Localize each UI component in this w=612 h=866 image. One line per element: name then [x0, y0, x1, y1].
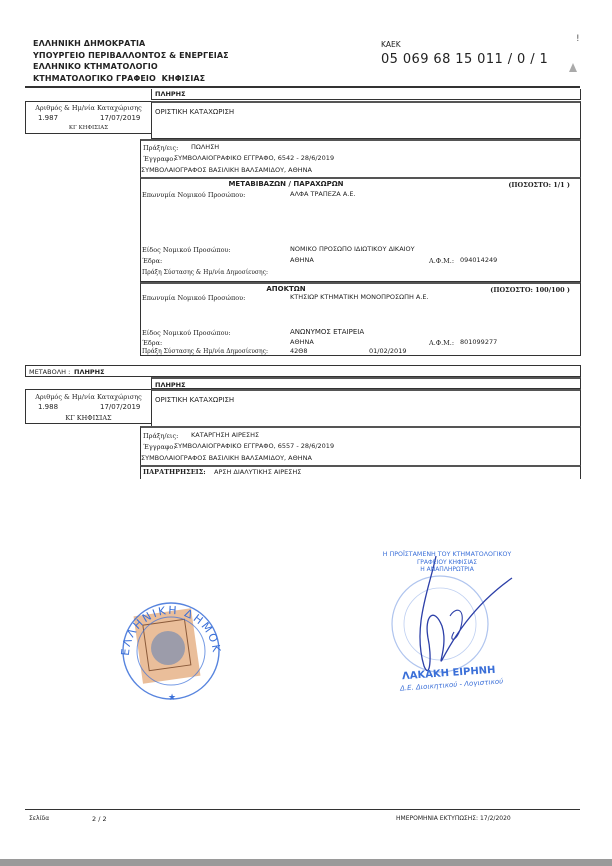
header-line-3: ΕΛΛΗΝΙΚΟ ΚΤΗΜΑΤΟΛΟΓΙΟ [33, 61, 229, 73]
scan-edge-bar [0, 859, 612, 866]
change-label: ΜΕΤΑΒΟΛΗ : [29, 368, 70, 376]
transferor-title: ΜΕΤΑΒΙΒΑΖΩΝ / ΠΑΡΑΧΩΡΩΝ [141, 180, 431, 188]
entry1-status-box: ΠΛΗΡΗΣ [151, 89, 581, 100]
transferor-afm-value: 094014249 [460, 256, 497, 264]
entry1-act-label: Πράξη/εις: [143, 144, 178, 152]
issuer-header: ΕΛΛΗΝΙΚΗ ΔΗΜΟΚΡΑΤΙΑ ΥΠΟΥΡΓΕΙΟ ΠΕΡΙΒΑΛΛΟΝ… [33, 38, 229, 84]
entry1-reg-number: 1.987 [38, 114, 58, 122]
entry2-remarks-box: ΠΑΡΑΤΗΡΗΣΕΙΣ: ΑΡΣΗ ΔΙΑΛΥΤΙΚΗΣ ΑΙΡΕΣΗΣ [140, 465, 581, 479]
entry2-act-value: ΚΑΤΑΡΓΗΣΗ ΑΙΡΕΣΗΣ [191, 431, 259, 439]
entry1-doc-label: Έγγραφο: [143, 155, 175, 163]
entry2-office: ΚΓ ΚΗΦΙΣΙΑΣ [26, 414, 151, 422]
acquirer-founding-date: 01/02/2019 [369, 347, 406, 355]
entry1-act-box: Πράξη/εις: ΠΩΛΗΣΗ Έγγραφο: ΣΥΜΒΟΛΑΙΟΓΡΑΦ… [140, 139, 581, 178]
signature-title-2: ΓΡΑΦΕΙΟΥ ΚΗΦΙΣΙΑΣ [372, 559, 522, 566]
entry1-reg-date: 17/07/2019 [100, 114, 140, 122]
acquirer-box: ΑΠΟΚΤΩΝ (ΠΟΣΟΣΤΟ: 100/100 ) Επωνυμία Νομ… [140, 282, 581, 356]
entry2-act-label: Πράξη/εις: [143, 432, 178, 440]
entry2-reg-number: 1.988 [38, 403, 58, 411]
acquirer-seat-label: Έδρα: [142, 339, 162, 347]
entry1-reg-label: Αριθμός & Ημ/νία Καταχώρισης [26, 104, 151, 112]
official-round-stamp: ΕΛΛΗΝΙΚΗ ΔΗΜΟΚΡΑΤΙΑ ★ [116, 596, 226, 706]
entry1-status: ΠΛΗΡΗΣ [155, 90, 186, 98]
acquirer-title: ΑΠΟΚΤΩΝ [141, 285, 431, 293]
kaek-value: 05 069 68 15 011 / 0 / 1 [381, 52, 548, 67]
entry2-registration-box: Αριθμός & Ημ/νία Καταχώρισης 1.988 17/07… [25, 389, 152, 424]
acquirer-name-value: ΚΤΗΣΙΩΡ ΚΤΗΜΑΤΙΚΗ ΜΟΝΟΠΡΟΣΩΠΗ Α.Ε. [290, 293, 429, 301]
header-line-2: ΥΠΟΥΡΓΕΙΟ ΠΕΡΙΒΑΛΛΟΝΤΟΣ & ΕΝΕΡΓΕΙΑΣ [33, 50, 229, 62]
kaek-label: ΚΑΕΚ [381, 40, 401, 49]
corner-mark: ! [576, 34, 580, 44]
entry2-type: ΟΡΙΣΤΙΚΗ ΚΑΤΑΧΩΡΙΣΗ [155, 396, 234, 404]
acquirer-name-label: Επωνυμία Νομικού Προσώπου: [142, 294, 245, 302]
acquirer-afm-value: 801099277 [460, 338, 497, 346]
entry2-remarks-value: ΑΡΣΗ ΔΙΑΛΥΤΙΚΗΣ ΑΙΡΕΣΗΣ [214, 468, 301, 476]
entry2-doc-label: Έγγραφο: [143, 443, 175, 451]
page-number: 2 / 2 [92, 815, 107, 823]
entry2-doc-value: ΣΥΜΒΟΛΑΙΟΓΡΑΦΙΚΟ ΕΓΓΡΑΦΟ, 6557 - 28/6/20… [174, 442, 334, 450]
entry2-type-box: ΟΡΙΣΤΙΚΗ ΚΑΤΑΧΩΡΙΣΗ [151, 389, 581, 427]
header-line-4: ΚΤΗΜΑΤΟΛΟΓΙΚΟ ΓΡΑΦΕΙΟ ΚΗΦΙΣΙΑΣ [33, 73, 229, 85]
page-label: Σελίδα [29, 815, 49, 822]
entry1-office: ΚΓ ΚΗΦΙΣΙΑΣ [26, 125, 151, 131]
transferor-kind-label: Είδος Νομικού Προσώπου: [142, 246, 231, 254]
entry1-doc-value: ΣΥΜΒΟΛΑΙΟΓΡΑΦΙΚΟ ΕΓΓΡΑΦΟ, 6542 - 28/6/20… [174, 154, 334, 162]
entry2-status-box: ΠΛΗΡΗΣ [151, 377, 581, 389]
header-line-1: ΕΛΛΗΝΙΚΗ ΔΗΜΟΚΡΑΤΙΑ [33, 38, 229, 50]
change-value: ΠΛΗΡΗΣ [74, 368, 105, 376]
entry2-reg-label: Αριθμός & Ημ/νία Καταχώρισης [26, 393, 151, 401]
acquirer-kind-label: Είδος Νομικού Προσώπου: [142, 329, 231, 337]
signature-title-3: Η ΑΝΑΠΛΗΡΩΤΡΙΑ [372, 566, 522, 573]
transferor-afm-label: Α.Φ.Μ.: [429, 257, 454, 265]
entry1-act-value: ΠΩΛΗΣΗ [191, 143, 219, 151]
entry2-reg-date: 17/07/2019 [100, 403, 140, 411]
acquirer-seat-value: ΑΘΗΝΑ [290, 338, 314, 346]
entry2-notary: ΣΥΜΒΟΛΑΙΟΓΡΑΦΟΣ ΒΑΣΙΛΙΚΗ ΒΑΛΣΑΜΙΔΟΥ, ΑΘΗ… [141, 454, 312, 462]
entry2-status: ΠΛΗΡΗΣ [155, 381, 186, 389]
entry1-type: ΟΡΙΣΤΙΚΗ ΚΑΤΑΧΩΡΙΣΗ [155, 108, 234, 116]
signature-title-1: Η ΠΡΟΪΣΤΑΜΕΝΗ ΤΟΥ ΚΤΗΜΑΤΟΛΟΓΙΚΟΥ [372, 551, 522, 558]
transferor-seat-value: ΑΘΗΝΑ [290, 256, 314, 264]
transferor-kind-value: ΝΟΜΙΚΟ ΠΡΟΣΩΠΟ ΙΔΙΩΤΙΚΟΥ ΔΙΚΑΙΟΥ [290, 245, 415, 253]
transferor-founding-label: Πράξη Σύστασης & Ημ/νία Δημοσίευσης: [142, 269, 268, 276]
acquirer-founding-label: Πράξη Σύστασης & Ημ/νία Δημοσίευσης: [142, 348, 268, 355]
acquirer-kind-value: ΑΝΩΝΥΜΟΣ ΕΤΑΙΡΕΙΑ [290, 328, 364, 336]
header-divider [25, 86, 580, 88]
acquirer-founding-value: 42Θ8 [290, 347, 308, 355]
transferor-share: (ΠΟΣΟΣΤΟ: 1/1 ) [508, 181, 570, 189]
change-box: ΜΕΤΑΒΟΛΗ : ΠΛΗΡΗΣ [25, 365, 581, 377]
acquirer-afm-label: Α.Φ.Μ.: [429, 339, 454, 347]
transferor-name-label: Επωνυμία Νομικού Προσώπου: [142, 191, 245, 199]
signature-block: Η ΠΡΟΪΣΤΑΜΕΝΗ ΤΟΥ ΚΤΗΜΑΤΟΛΟΓΙΚΟΥ ΓΡΑΦΕΙΟ… [372, 546, 522, 696]
transferor-name-value: ΑΛΦΑ ΤΡΑΠΕΖΑ Α.Ε. [290, 190, 356, 198]
svg-text:★: ★ [168, 693, 176, 703]
footer-divider [25, 809, 580, 810]
round-stamp-icon: ΕΛΛΗΝΙΚΗ ΔΗΜΟΚΡΑΤΙΑ ★ [116, 596, 226, 706]
print-date: ΗΜΕΡΟΜΗΝΙΑ ΕΚΤΥΠΩΣΗΣ: 17/2/2020 [396, 815, 511, 822]
entry1-notary: ΣΥΜΒΟΛΑΙΟΓΡΑΦΟΣ ΒΑΣΙΛΙΚΗ ΒΑΛΣΑΜΙΔΟΥ, ΑΘΗ… [141, 166, 312, 174]
acquirer-share: (ΠΟΣΟΣΤΟ: 100/100 ) [490, 286, 570, 294]
entry1-registration-box: Αριθμός & Ημ/νία Καταχώρισης 1.987 17/07… [25, 101, 152, 134]
entry2-remarks-label: ΠΑΡΑΤΗΡΗΣΕΙΣ: [143, 468, 206, 476]
entry2-act-box: Πράξη/εις: ΚΑΤΑΡΓΗΣΗ ΑΙΡΕΣΗΣ Έγγραφο: ΣΥ… [140, 426, 581, 466]
corner-triangle-icon [569, 63, 577, 72]
transferor-seat-label: Έδρα: [142, 257, 162, 265]
transferor-box: ΜΕΤΑΒΙΒΑΖΩΝ / ΠΑΡΑΧΩΡΩΝ (ΠΟΣΟΣΤΟ: 1/1 ) … [140, 177, 581, 282]
entry1-type-box: ΟΡΙΣΤΙΚΗ ΚΑΤΑΧΩΡΙΣΗ [151, 101, 581, 139]
